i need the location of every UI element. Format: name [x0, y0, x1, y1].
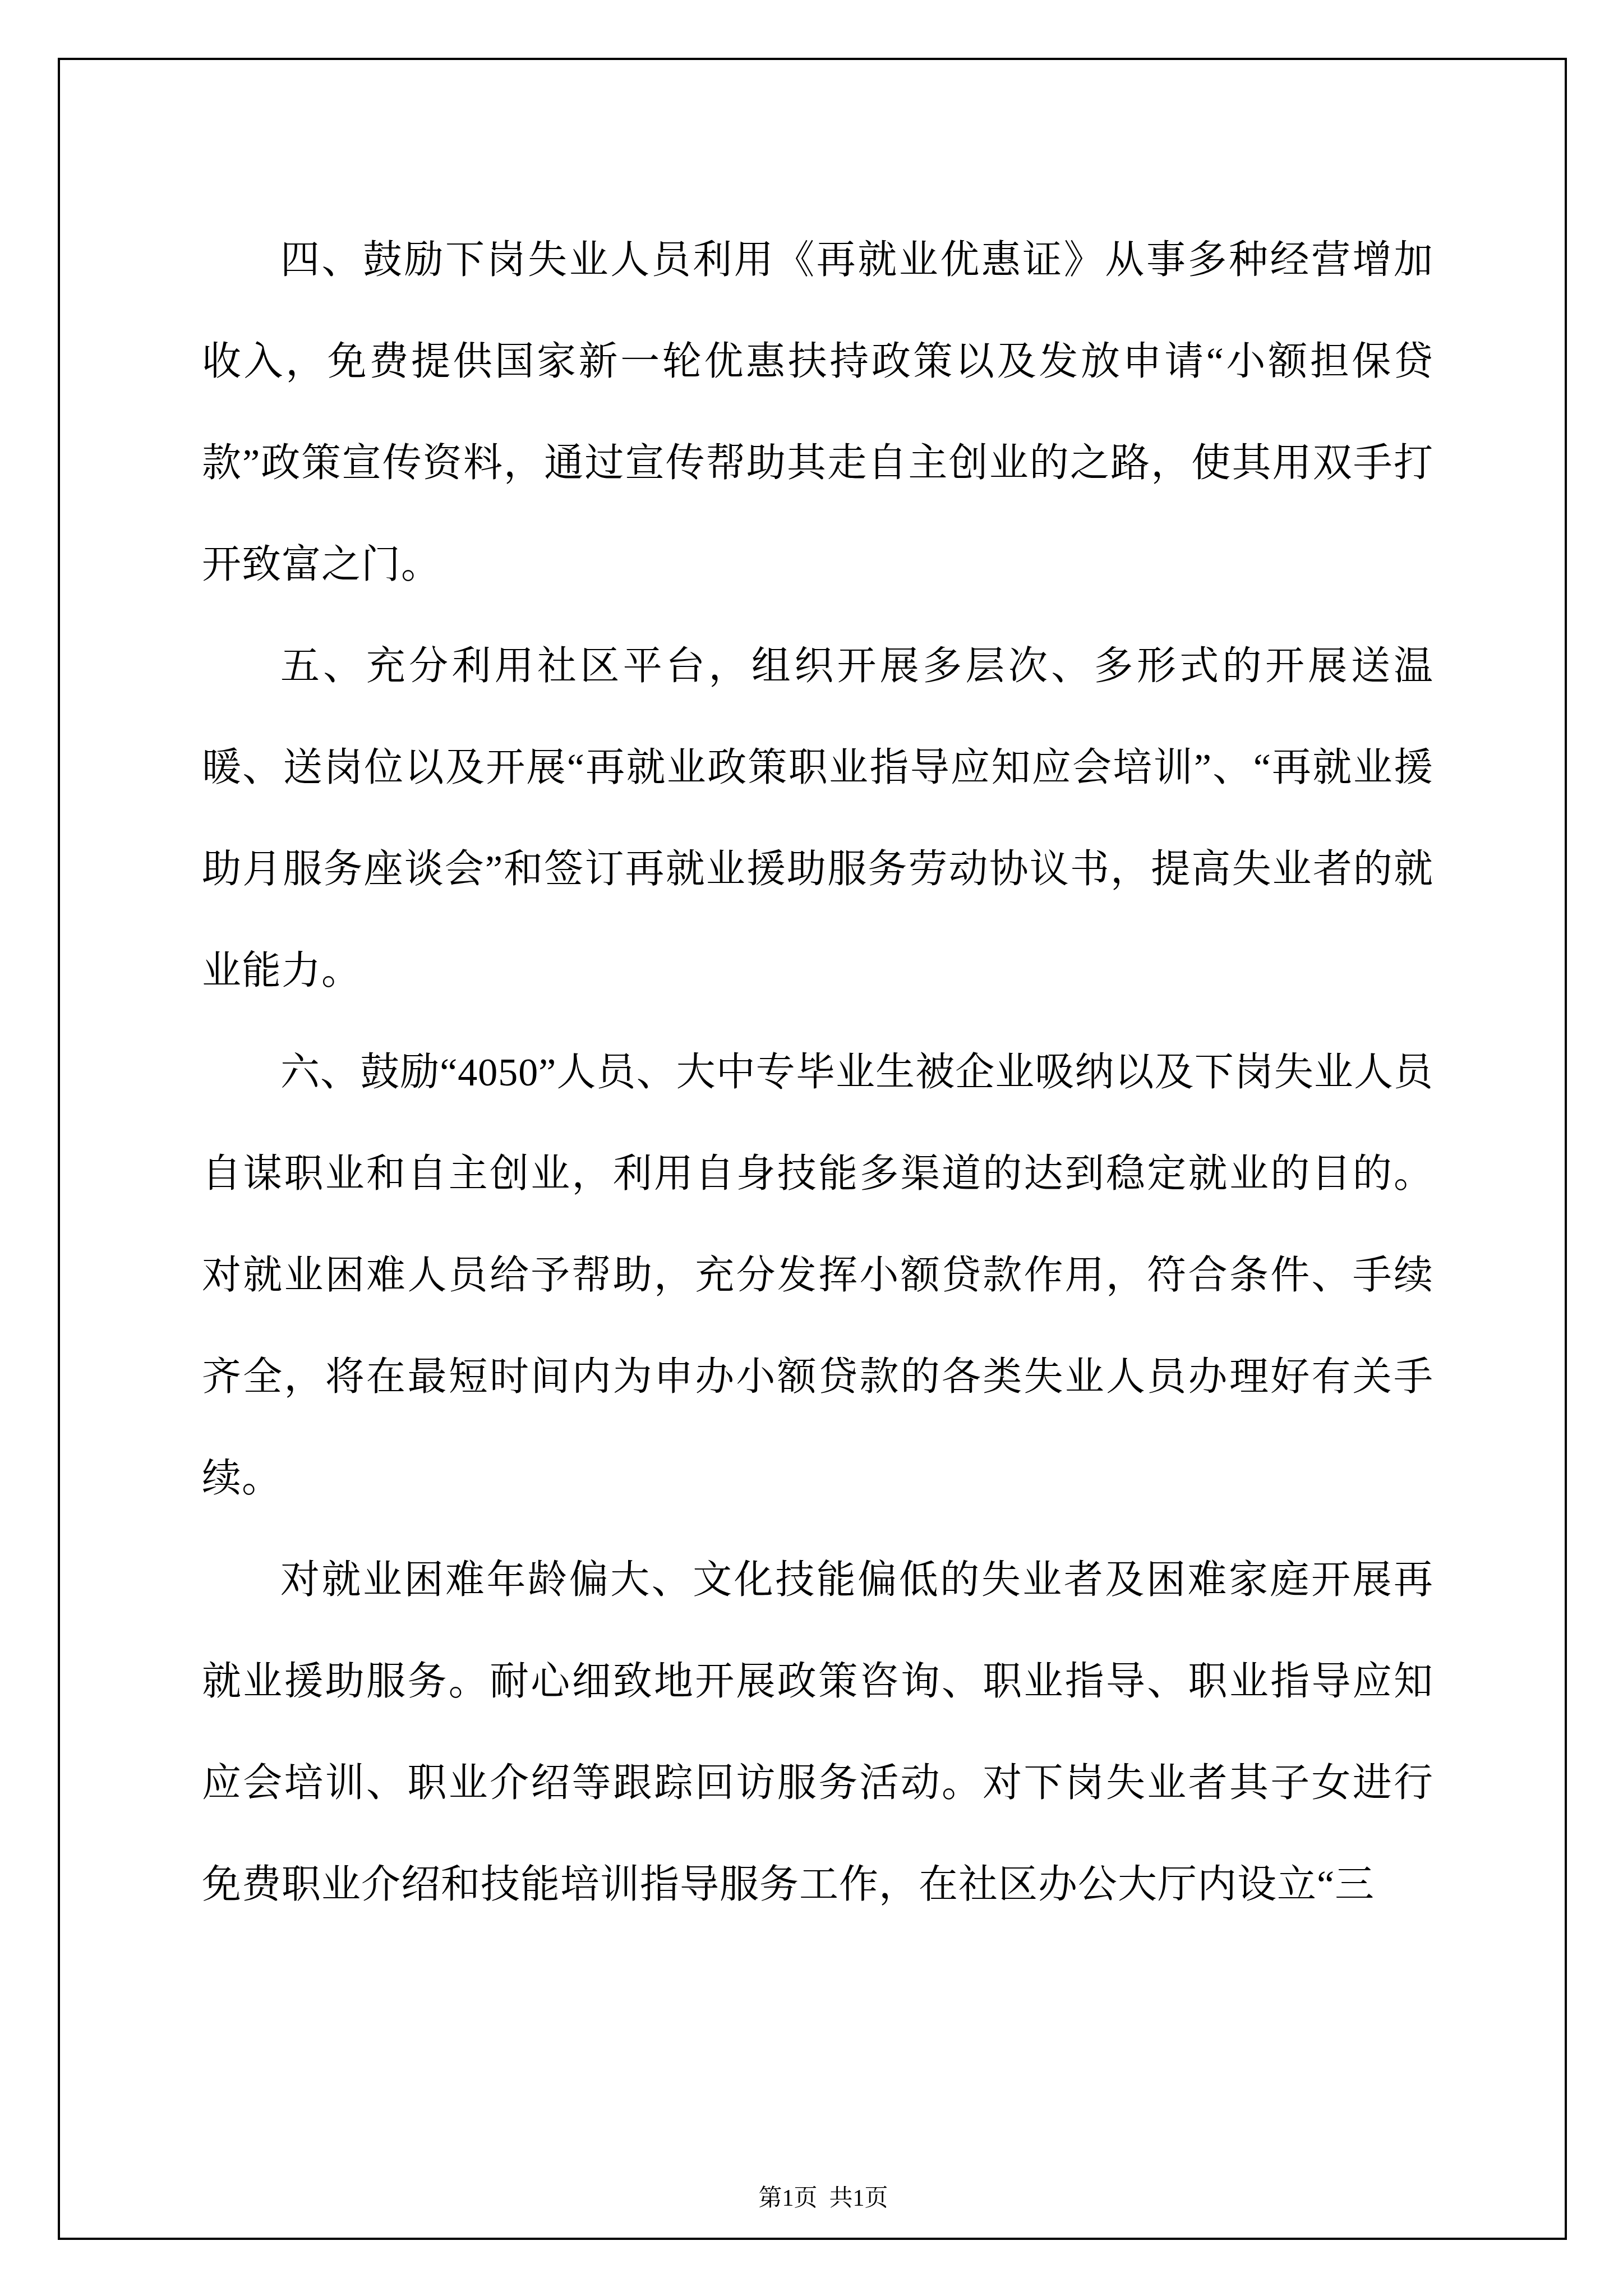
document-body: 四、鼓励下岗失业人员利用《再就业优惠证》从事多种经营增加收入，免费提供国家新一轮…: [202, 210, 1433, 1936]
paragraph-item-6: 六、鼓励“4050”人员、大中专毕业生被企业吸纳以及下岗失业人员自谋职业和自主创…: [202, 1022, 1433, 1530]
document-page: 四、鼓励下岗失业人员利用《再就业优惠证》从事多种经营增加收入，免费提供国家新一轮…: [0, 0, 1623, 2296]
paragraph-item-5: 五、充分利用社区平台，组织开展多层次、多形式的开展送温暖、送岗位以及开展“再就业…: [202, 616, 1433, 1022]
page-footer: 第1页 共1页: [0, 2156, 1623, 2241]
page-number-text: 第1页 共1页: [758, 2185, 888, 2211]
paragraph-item-4: 四、鼓励下岗失业人员利用《再就业优惠证》从事多种经营增加收入，免费提供国家新一轮…: [202, 210, 1433, 616]
paragraph-reemployment-assistance: 对就业困难年龄偏大、文化技能偏低的失业者及困难家庭开展再就业援助服务。耐心细致地…: [202, 1530, 1433, 1936]
